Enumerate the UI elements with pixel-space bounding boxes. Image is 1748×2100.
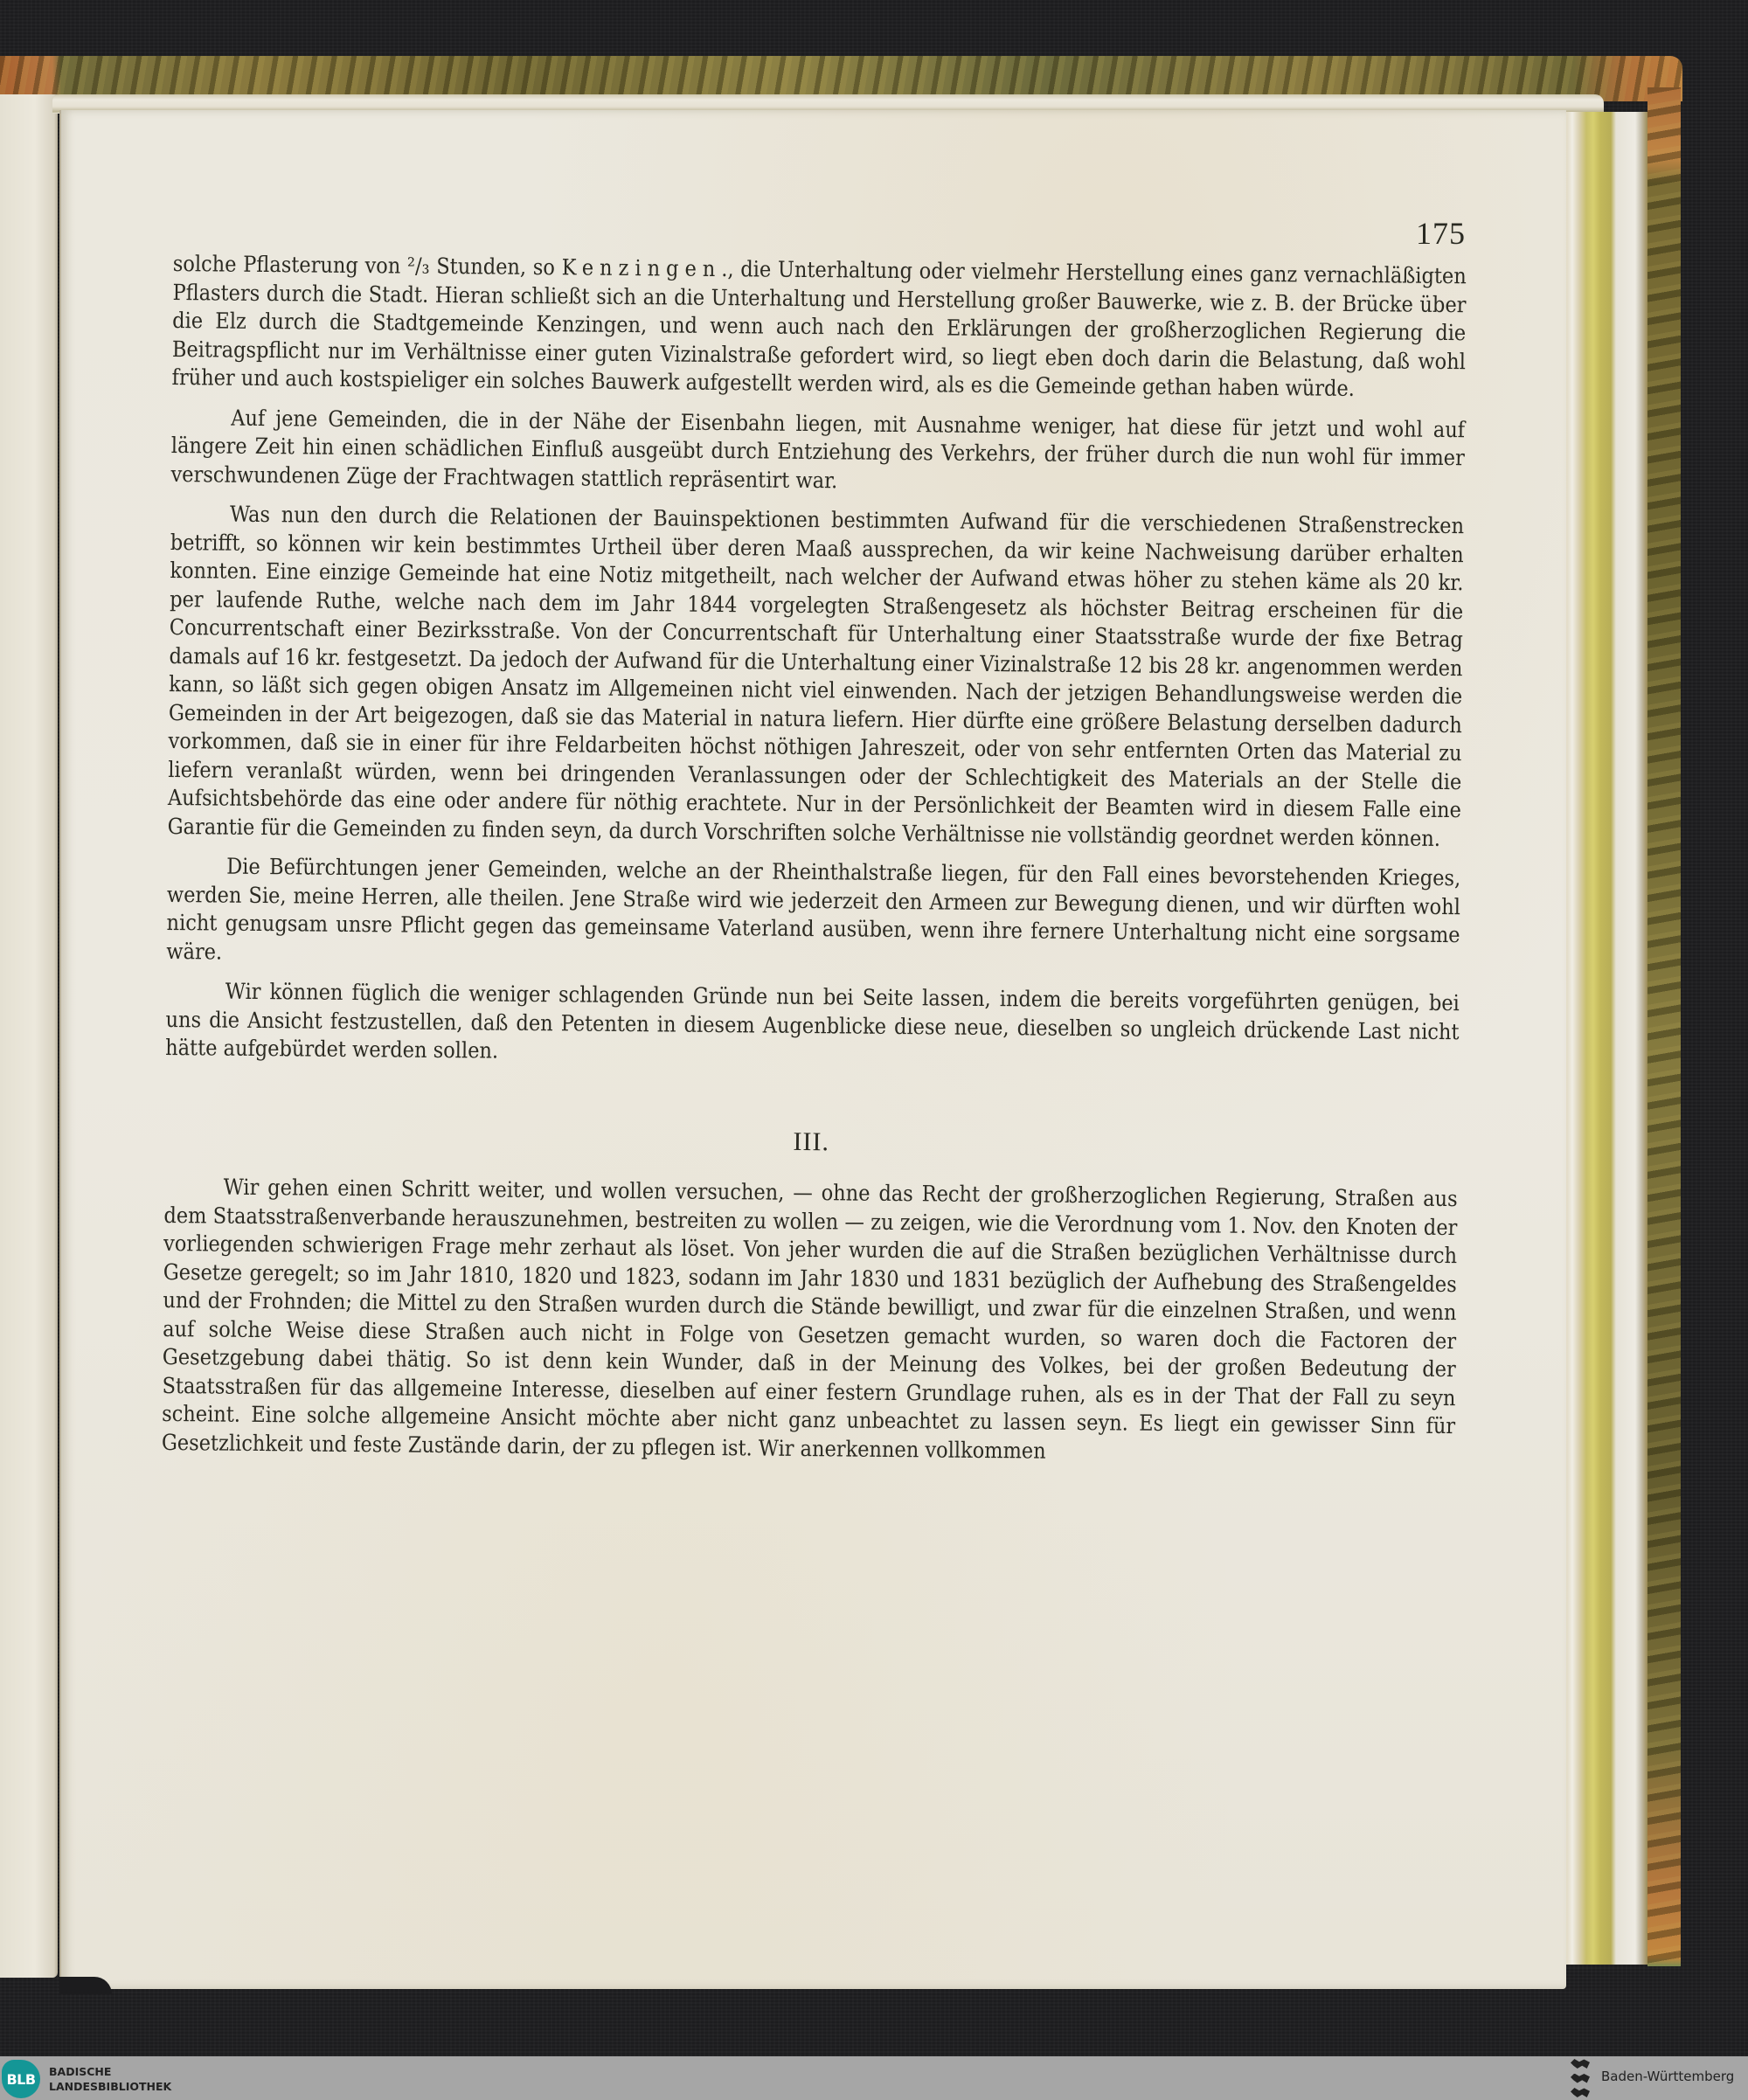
baden-wuerttemberg-lions-icon [1567, 2059, 1593, 2097]
continuation-paragraph: solche Pflasterung von ²/₃ Stunden, so K… [171, 250, 1466, 405]
lion-icon [1571, 2059, 1590, 2069]
left-page-sliver [0, 94, 58, 1978]
lion-icon [1571, 2088, 1590, 2097]
blb-library-name[interactable]: BADISCHE LANDESBIBLIOTHEK [49, 2064, 171, 2094]
spaced-place-name: Kenzingen [562, 254, 722, 281]
blb-name-line1: BADISCHE [49, 2064, 171, 2079]
page-text: solche Pflasterung von ²/₃ Stunden, so K… [162, 250, 1467, 1480]
blb-name-line2: LANDESBIBLIOTHEK [49, 2079, 171, 2094]
baden-wuerttemberg-logo-text[interactable]: Baden-Württemberg [1601, 2069, 1734, 2084]
page-block-gilt-edge [1560, 112, 1647, 1965]
book-cover-right-edge [1647, 87, 1681, 1966]
footer-bar: BLB BADISCHE LANDESBIBLIOTHEK Baden-Würt… [0, 2056, 1748, 2100]
section-heading: III. [164, 1121, 1458, 1162]
paragraph-schritt-weiter: Wir gehen einen Schritt weiter, und woll… [162, 1173, 1458, 1469]
blb-logo-icon[interactable]: BLB [2, 2060, 40, 2098]
paragraph-eisenbahn: Auf jene Gemeinden, die in der Nähe der … [170, 403, 1465, 501]
text-run: solche Pflasterung von ²/₃ Stunden, so [173, 251, 562, 280]
paragraph-aufwand: Was nun den durch die Relationen der Bau… [168, 500, 1465, 853]
paragraph-rheinthalstrasse: Die Befürchtungen jener Gemeinden, welch… [166, 852, 1460, 978]
paragraph-gruende: Wir können füglich die weniger schlagend… [165, 977, 1460, 1075]
lion-icon [1571, 2074, 1590, 2083]
page-number: 175 [1416, 215, 1466, 252]
